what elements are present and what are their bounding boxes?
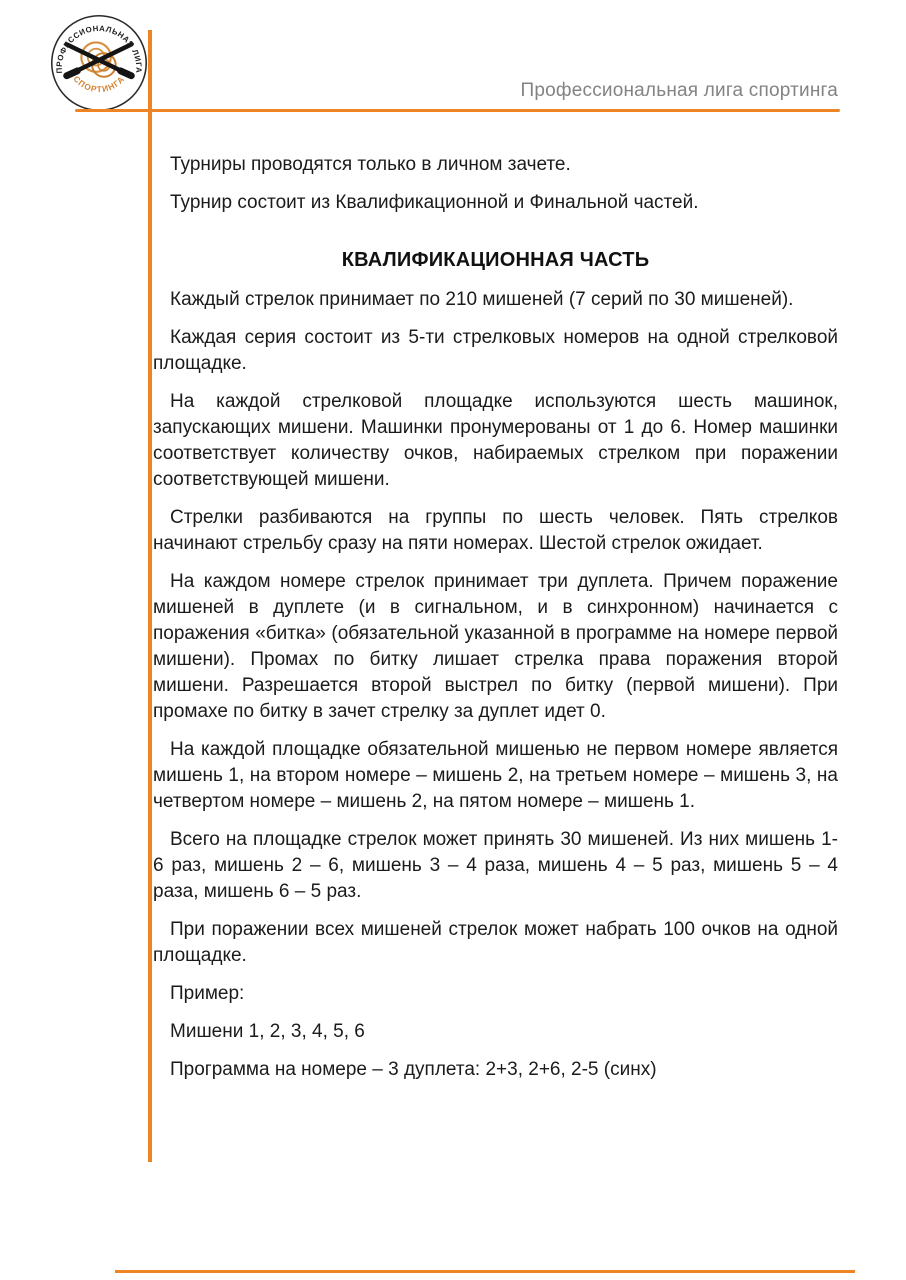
footer-divider (115, 1270, 855, 1273)
paragraph: Программа на номере – 3 дуплета: 2+3, 2+… (153, 1057, 838, 1083)
league-logo-emblem: ПРОФЕССИОНАЛЬНАЯ ЛИГА СПОРТИНГА (50, 12, 148, 114)
left-margin-rule (148, 30, 152, 1162)
paragraph: Всего на площадке стрелок может принять … (153, 827, 838, 905)
paragraph: На каждом номере стрелок принимает три д… (153, 569, 838, 725)
paragraph: Каждый стрелок принимает по 210 мишеней … (153, 287, 838, 313)
league-logo: ПРОФЕССИОНАЛЬНАЯ ЛИГА СПОРТИНГА (50, 12, 148, 114)
paragraph: Пример: (153, 981, 838, 1007)
header-divider (75, 109, 840, 112)
paragraph: На каждой площадке обязательной мишенью … (153, 737, 838, 815)
paragraph: Мишени 1, 2, 3, 4, 5, 6 (153, 1019, 838, 1045)
document-page: { "header": { "title": "Профессиональная… (0, 0, 906, 1280)
paragraph: Стрелки разбиваются на группы по шесть ч… (153, 505, 838, 557)
paragraph: Турнир состоит из Квалификационной и Фин… (153, 190, 838, 216)
section-heading: КВАЛИФИКАЦИОННАЯ ЧАСТЬ (153, 247, 838, 273)
paragraph: Турниры проводятся только в личном зачет… (153, 152, 838, 178)
paragraph: При поражении всех мишеней стрелок может… (153, 917, 838, 969)
paragraph: На каждой стрелковой площадке используют… (153, 389, 838, 493)
paragraph: Каждая серия состоит из 5-ти стрелковых … (153, 325, 838, 377)
document-body: Турниры проводятся только в личном зачет… (153, 152, 838, 1095)
page-header-title: Профессиональная лига спортинга (200, 80, 838, 102)
